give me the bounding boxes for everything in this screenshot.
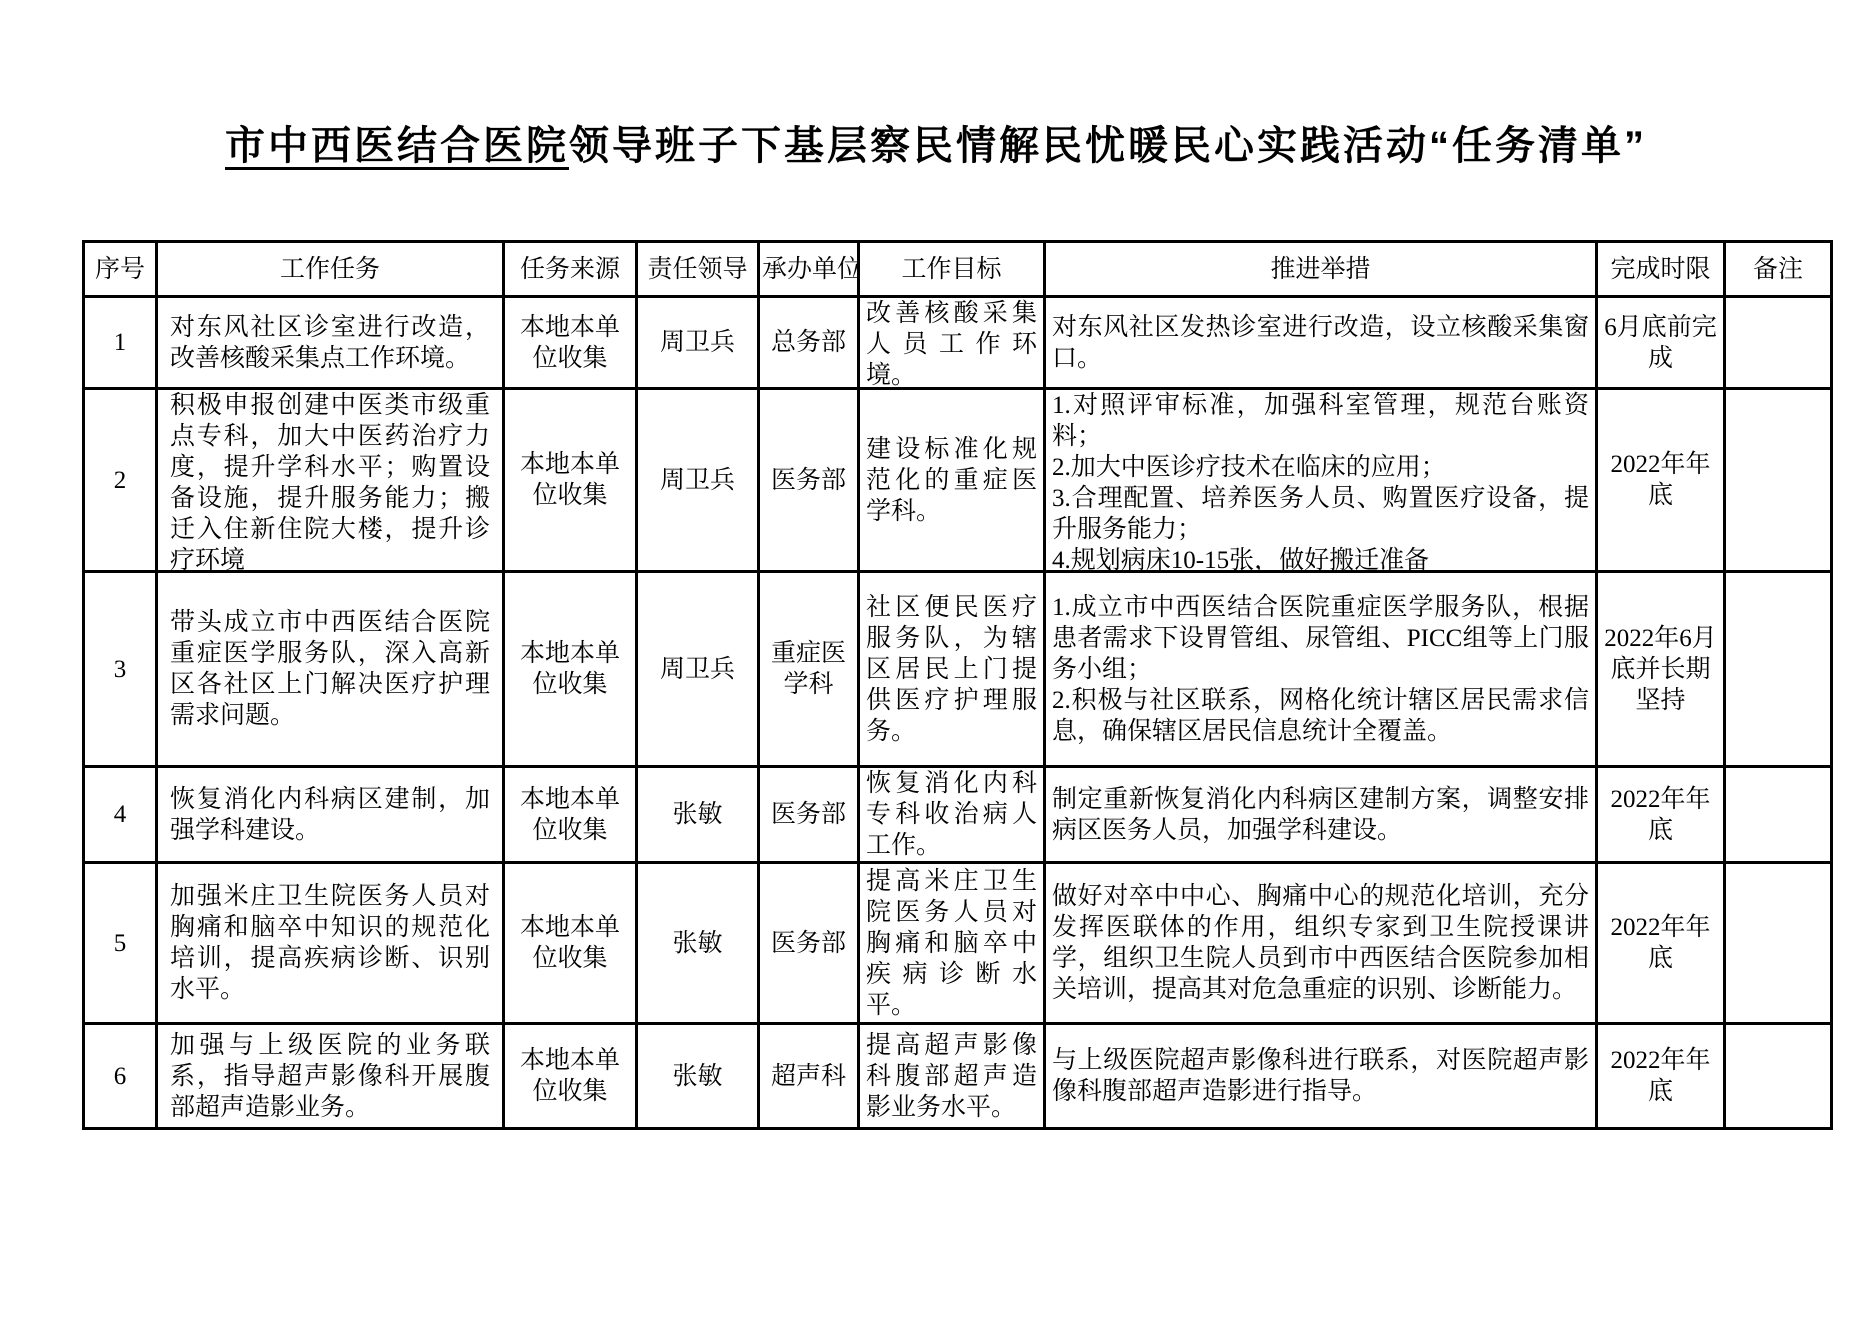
table-row: 1 对东风社区诊室进行改造，改善核酸采集点工作环境。 本地本单位收集 周卫兵 总… <box>84 297 1832 389</box>
table-row: 3 带头成立市中西医结合医院重症医学服务队，深入高新区各社区上门解决医疗护理需求… <box>84 572 1832 767</box>
task-cell: 积极申报创建中医类市级重点专科，加大中医药治疗力度，提升学科水平；购置设备设施，… <box>157 389 504 572</box>
header-cell-measures: 推进举措 <box>1045 242 1597 297</box>
seq-cell: 2 <box>84 389 157 572</box>
title-rest: 领导班子下基层察民情解民忧暖民心实践活动“任务清单” <box>569 124 1647 168</box>
goal-cell: 社区便民医疗服务队，为辖区居民上门提供医疗护理服务。 <box>859 572 1045 767</box>
unit-cell: 总务部 <box>759 297 859 389</box>
unit-cell: 重症医学科 <box>759 572 859 767</box>
unit-cell: 医务部 <box>759 389 859 572</box>
header-cell-seq: 序号 <box>84 242 157 297</box>
remark-cell <box>1725 863 1832 1024</box>
deadline-cell: 2022年年底 <box>1597 1024 1725 1129</box>
table-row: 2 积极申报创建中医类市级重点专科，加大中医药治疗力度，提升学科水平；购置设备设… <box>84 389 1832 572</box>
goal-cell: 提高超声影像科腹部超声造影业务水平。 <box>859 1024 1045 1129</box>
seq-cell: 3 <box>84 572 157 767</box>
task-cell: 恢复消化内科病区建制，加强学科建设。 <box>157 767 504 863</box>
unit-cell: 超声科 <box>759 1024 859 1129</box>
leader-cell: 周卫兵 <box>637 572 759 767</box>
deadline-cell: 2022年6月底并长期坚持 <box>1597 572 1725 767</box>
source-cell: 本地本单位收集 <box>504 572 637 767</box>
measures-cell: 1.对照评审标准，加强科室管理，规范台账资料； 2.加大中医诊疗技术在临床的应用… <box>1045 389 1597 572</box>
unit-cell: 医务部 <box>759 863 859 1024</box>
source-cell: 本地本单位收集 <box>504 767 637 863</box>
source-cell: 本地本单位收集 <box>504 389 637 572</box>
seq-cell: 6 <box>84 1024 157 1129</box>
measures-cell: 制定重新恢复消化内科病区建制方案，调整安排病区医务人员，加强学科建设。 <box>1045 767 1597 863</box>
remark-cell <box>1725 767 1832 863</box>
measures-cell: 1.成立市中西医结合医院重症医学服务队，根据患者需求下设胃管组、尿管组、PICC… <box>1045 572 1597 767</box>
task-cell: 加强米庄卫生院医务人员对胸痛和脑卒中知识的规范化培训，提高疾病诊断、识别水平。 <box>157 863 504 1024</box>
table-row: 6 加强与上级医院的业务联系，指导超声影像科开展腹部超声造影业务。 本地本单位收… <box>84 1024 1832 1129</box>
source-cell: 本地本单位收集 <box>504 297 637 389</box>
leader-cell: 张敏 <box>637 863 759 1024</box>
task-cell: 对东风社区诊室进行改造，改善核酸采集点工作环境。 <box>157 297 504 389</box>
remark-cell <box>1725 572 1832 767</box>
title-underlined: 市中西医结合医院 <box>225 124 569 168</box>
remark-cell <box>1725 1024 1832 1129</box>
page-title: 市中西医结合医院领导班子下基层察民情解民忧暖民心实践活动“任务清单” <box>62 120 1810 172</box>
seq-cell: 5 <box>84 863 157 1024</box>
measures-cell: 与上级医院超声影像科进行联系，对医院超声影像科腹部超声造影进行指导。 <box>1045 1024 1597 1129</box>
deadline-cell: 2022年年底 <box>1597 389 1725 572</box>
page-root: 市中西医结合医院领导班子下基层察民情解民忧暖民心实践活动“任务清单” 序号 工作… <box>0 0 1871 1130</box>
source-cell: 本地本单位收集 <box>504 1024 637 1129</box>
leader-cell: 周卫兵 <box>637 297 759 389</box>
header-cell-deadline: 完成时限 <box>1597 242 1725 297</box>
seq-cell: 4 <box>84 767 157 863</box>
seq-cell: 1 <box>84 297 157 389</box>
goal-cell: 建设标准化规范化的重症医学科。 <box>859 389 1045 572</box>
table-row: 5 加强米庄卫生院医务人员对胸痛和脑卒中知识的规范化培训，提高疾病诊断、识别水平… <box>84 863 1832 1024</box>
measures-cell: 对东风社区发热诊室进行改造，设立核酸采集窗口。 <box>1045 297 1597 389</box>
goal-cell: 提高米庄卫生院医务人员对胸痛和脑卒中疾病诊断水平。 <box>859 863 1045 1024</box>
header-row: 序号 工作任务 任务来源 责任领导 承办单位 工作目标 推进举措 完成时限 备注 <box>84 242 1832 297</box>
leader-cell: 张敏 <box>637 1024 759 1129</box>
deadline-cell: 2022年年底 <box>1597 863 1725 1024</box>
remark-cell <box>1725 389 1832 572</box>
table-row: 4 恢复消化内科病区建制，加强学科建设。 本地本单位收集 张敏 医务部 恢复消化… <box>84 767 1832 863</box>
header-cell-goal: 工作目标 <box>859 242 1045 297</box>
header-cell-leader: 责任领导 <box>637 242 759 297</box>
source-cell: 本地本单位收集 <box>504 863 637 1024</box>
deadline-cell: 6月底前完成 <box>1597 297 1725 389</box>
leader-cell: 周卫兵 <box>637 389 759 572</box>
goal-cell: 改善核酸采集人员工作环境。 <box>859 297 1045 389</box>
remark-cell <box>1725 297 1832 389</box>
header-cell-remark: 备注 <box>1725 242 1832 297</box>
unit-cell: 医务部 <box>759 767 859 863</box>
leader-cell: 张敏 <box>637 767 759 863</box>
goal-cell: 恢复消化内科专科收治病人工作。 <box>859 767 1045 863</box>
header-cell-task: 工作任务 <box>157 242 504 297</box>
deadline-cell: 2022年年底 <box>1597 767 1725 863</box>
header-cell-source: 任务来源 <box>504 242 637 297</box>
measures-cell: 做好对卒中中心、胸痛中心的规范化培训，充分发挥医联体的作用，组织专家到卫生院授课… <box>1045 863 1597 1024</box>
task-cell: 加强与上级医院的业务联系，指导超声影像科开展腹部超声造影业务。 <box>157 1024 504 1129</box>
tasks-table: 序号 工作任务 任务来源 责任领导 承办单位 工作目标 推进举措 完成时限 备注… <box>82 240 1833 1130</box>
task-cell: 带头成立市中西医结合医院重症医学服务队，深入高新区各社区上门解决医疗护理需求问题… <box>157 572 504 767</box>
header-cell-unit: 承办单位 <box>759 242 859 297</box>
